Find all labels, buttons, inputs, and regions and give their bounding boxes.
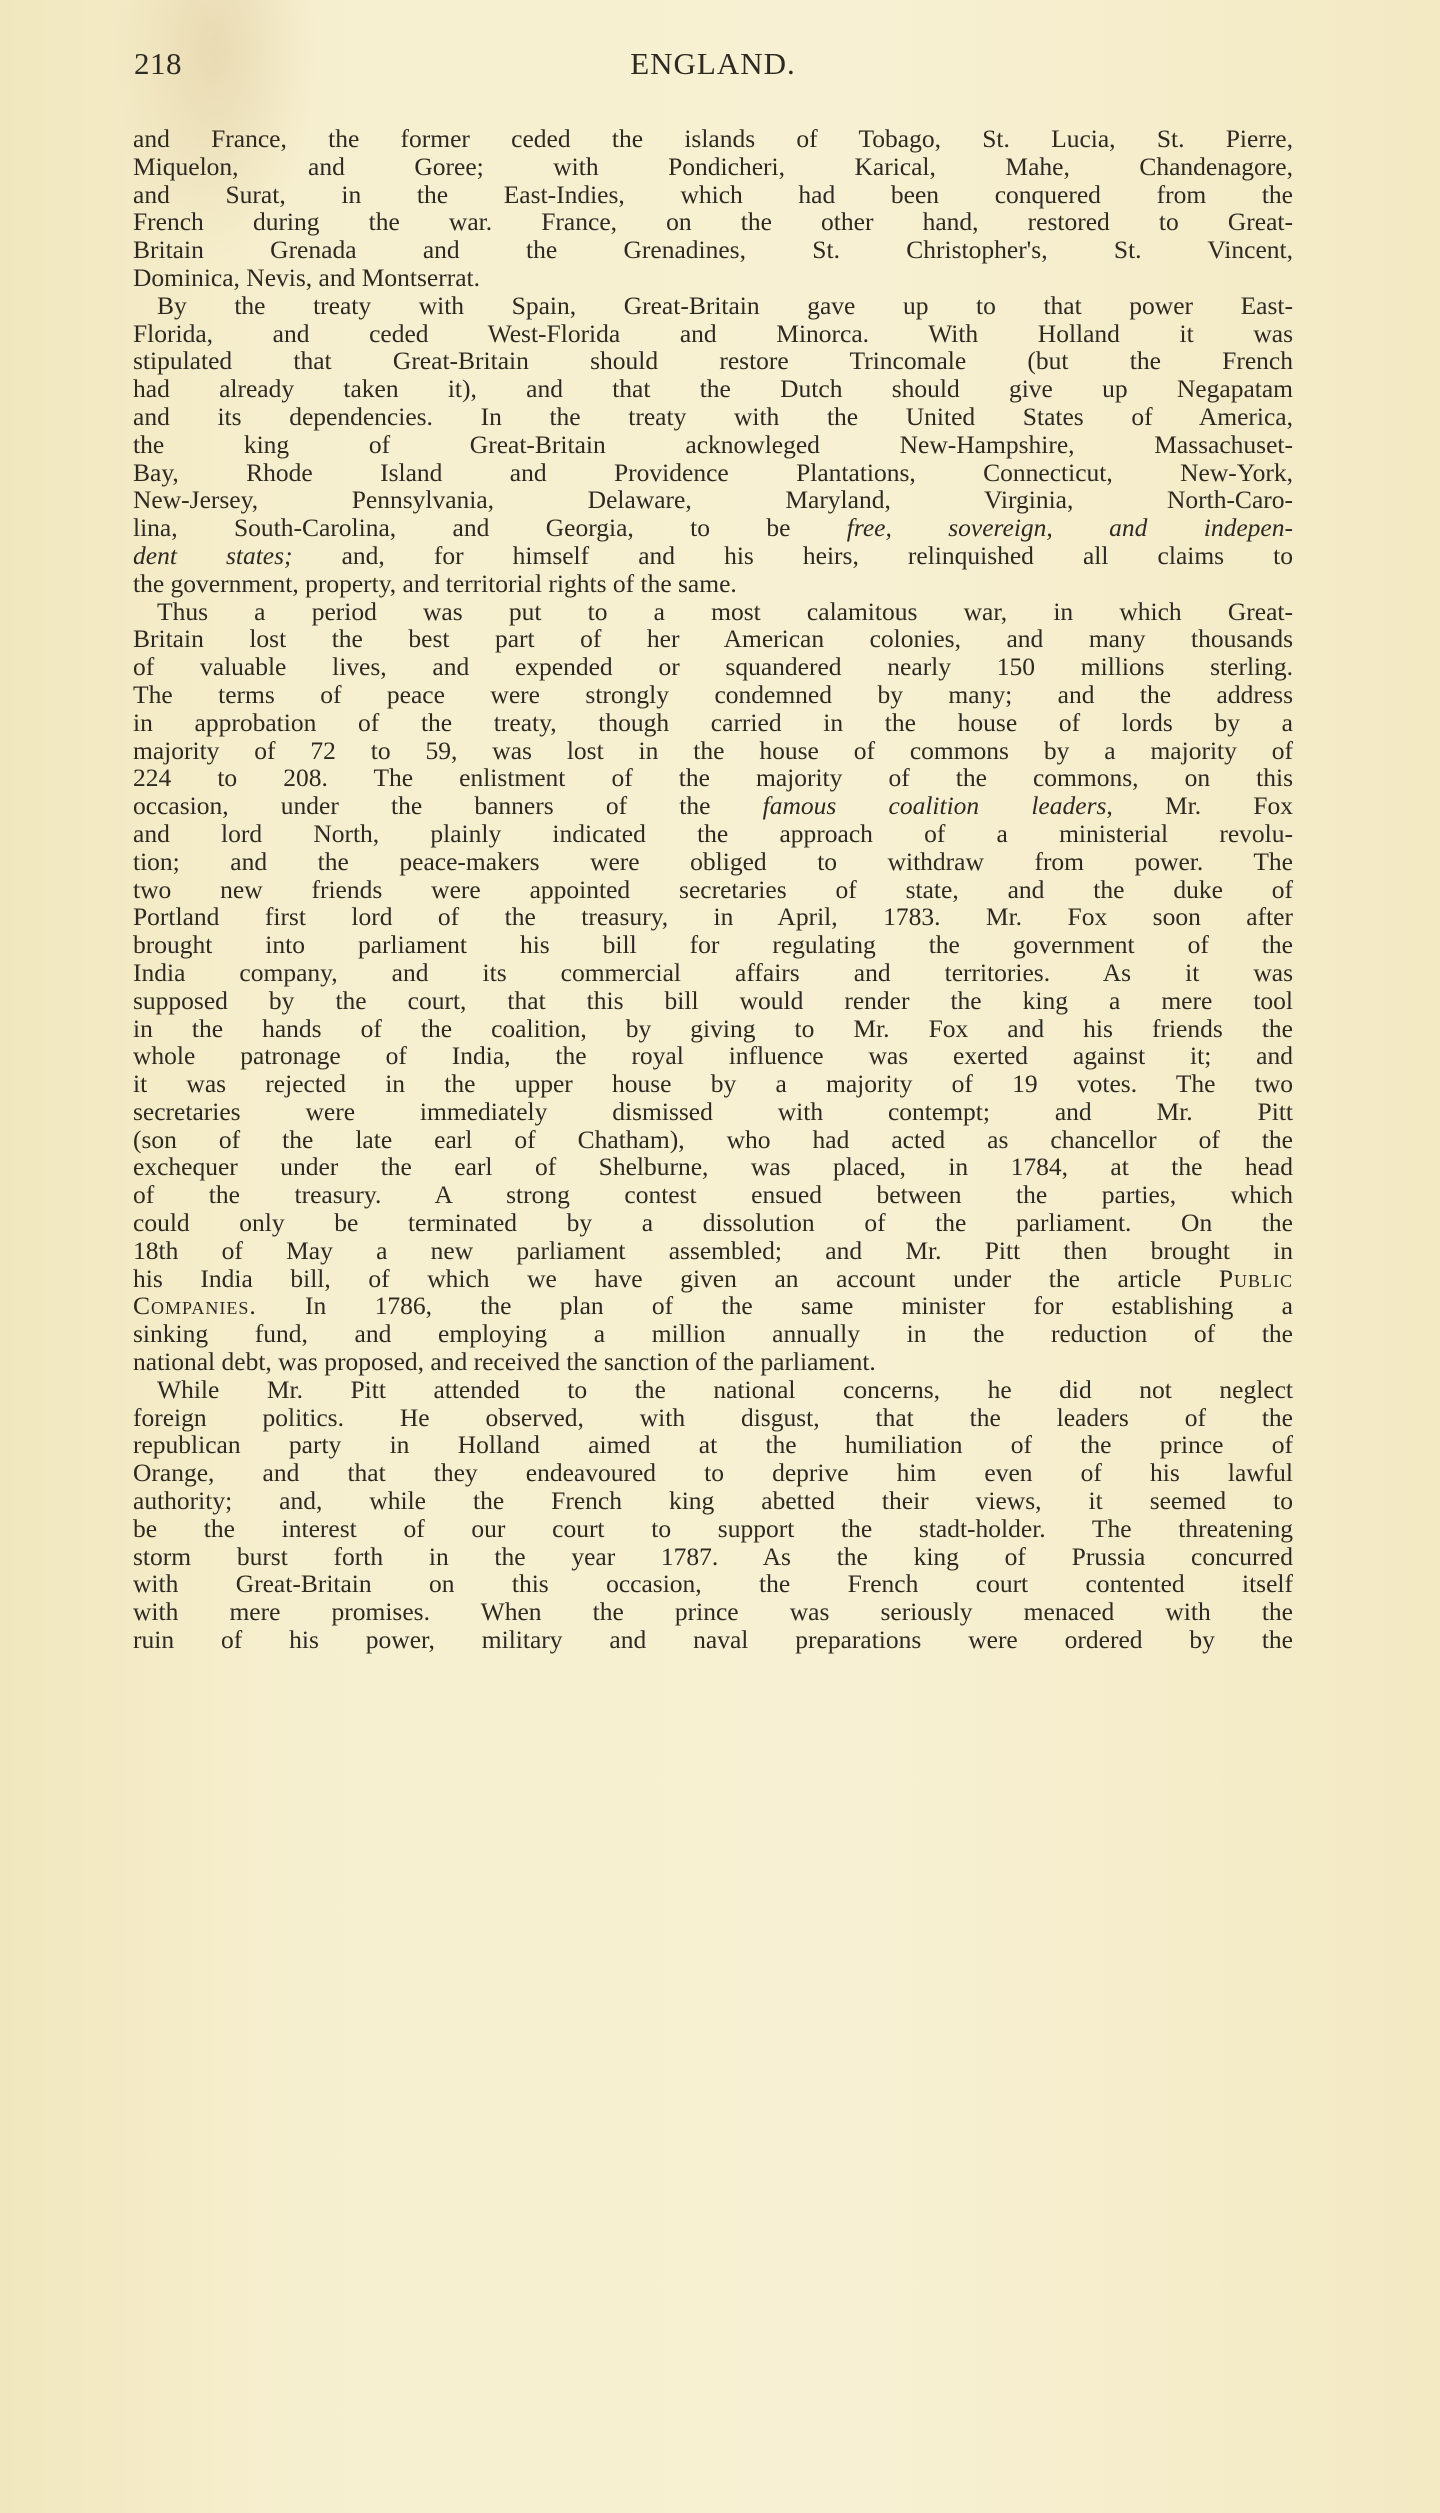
body-text: and France, the former ceded the islands… bbox=[133, 125, 1293, 1654]
text-segment: French during the war. France, on the ot… bbox=[133, 207, 1293, 236]
line-content: secretaries were immediately dismissed w… bbox=[133, 1098, 1293, 1126]
line-content: and lord North, plainly indicated the ap… bbox=[133, 820, 1293, 848]
text-segment: New-Jersey, Pennsylvania, Delaware, Mary… bbox=[133, 485, 1293, 514]
line-content: the king of Great-Britain acknowleged Ne… bbox=[133, 431, 1293, 459]
text-line: Companies. In 1786, the plan of the same… bbox=[133, 1292, 1293, 1320]
text-line: Portland first lord of the treasury, in … bbox=[133, 903, 1293, 931]
text-segment: stipulated that Great-Britain should res… bbox=[133, 346, 1293, 375]
text-segment: By the treaty with Spain, Great-Britain … bbox=[157, 291, 1293, 320]
text-line: could only be terminated by a dissolutio… bbox=[133, 1209, 1293, 1237]
text-line: his India bill, of which we have given a… bbox=[133, 1265, 1293, 1293]
line-content: stipulated that Great-Britain should res… bbox=[133, 347, 1293, 375]
line-content: The terms of peace were strongly condemn… bbox=[133, 681, 1293, 709]
text-segment: foreign politics. He observed, with disg… bbox=[133, 1403, 1293, 1432]
line-content: Bay, Rhode Island and Providence Plantat… bbox=[133, 459, 1293, 487]
text-segment: The terms of peace were strongly condemn… bbox=[133, 680, 1293, 709]
text-segment: the king of Great-Britain acknowleged Ne… bbox=[133, 430, 1293, 459]
line-content: it was rejected in the upper house by a … bbox=[133, 1070, 1293, 1098]
line-content: in approbation of the treaty, though car… bbox=[133, 709, 1293, 737]
text-segment: supposed by the court, that this bill wo… bbox=[133, 986, 1293, 1015]
text-segment: (son of the late earl of Chatham), who h… bbox=[133, 1125, 1293, 1154]
line-content: India company, and its commercial affair… bbox=[133, 959, 1293, 987]
text-line: the king of Great-Britain acknowleged Ne… bbox=[133, 431, 1293, 459]
text-line: of the treasury. A strong contest ensued… bbox=[133, 1181, 1293, 1209]
line-content: with mere promises. When the prince was … bbox=[133, 1598, 1293, 1626]
line-content: sinking fund, and employing a million an… bbox=[133, 1320, 1293, 1348]
text-segment: Portland first lord of the treasury, in … bbox=[133, 902, 1293, 931]
text-segment: and its dependencies. In the treaty with… bbox=[133, 402, 1293, 431]
line-content: Companies. In 1786, the plan of the same… bbox=[133, 1292, 1293, 1320]
text-segment: and Surat, in the East-Indies, which had… bbox=[133, 180, 1293, 209]
text-segment: be the interest of our court to support … bbox=[133, 1514, 1293, 1543]
text-line: authority; and, while the French king ab… bbox=[133, 1487, 1293, 1515]
text-segment: majority of 72 to 59, was lost in the ho… bbox=[133, 736, 1293, 765]
text-segment: While Mr. Pitt attended to the national … bbox=[157, 1375, 1293, 1404]
text-segment: of valuable lives, and expended or squan… bbox=[133, 652, 1293, 681]
italic-text: free, sovereign, and indepen- bbox=[847, 513, 1293, 542]
paragraph-first-line: While Mr. Pitt attended to the national … bbox=[133, 1376, 1293, 1404]
text-segment: with mere promises. When the prince was … bbox=[133, 1597, 1293, 1626]
line-content: Britain lost the best part of her Americ… bbox=[133, 625, 1293, 653]
text-line: and France, the former ceded the islands… bbox=[133, 125, 1293, 153]
line-content: supposed by the court, that this bill wo… bbox=[133, 987, 1293, 1015]
text-segment: Orange, and that they endeavoured to dep… bbox=[133, 1458, 1293, 1487]
line-content: occasion, under the banners of the famou… bbox=[133, 792, 1293, 820]
text-line: brought into parliament his bill for reg… bbox=[133, 931, 1293, 959]
line-content: 224 to 208. The enlistment of the majori… bbox=[133, 764, 1293, 792]
line-content: had already taken it), and that the Dutc… bbox=[133, 375, 1293, 403]
line-content: Dominica, Nevis, and Montserrat. bbox=[133, 264, 1293, 292]
text-line: supposed by the court, that this bill wo… bbox=[133, 987, 1293, 1015]
text-segment: had already taken it), and that the Dutc… bbox=[133, 374, 1293, 403]
text-segment: storm burst forth in the year 1787. As t… bbox=[133, 1542, 1293, 1571]
text-segment: sinking fund, and employing a million an… bbox=[133, 1319, 1293, 1348]
line-content: tion; and the peace-makers were obliged … bbox=[133, 848, 1293, 876]
text-segment: India company, and its commercial affair… bbox=[133, 958, 1293, 987]
text-segment: Bay, Rhode Island and Providence Plantat… bbox=[133, 458, 1293, 487]
text-line: whole patronage of India, the royal infl… bbox=[133, 1042, 1293, 1070]
text-segment: his India bill, of which we have given a… bbox=[133, 1264, 1219, 1293]
text-segment: the government, property, and territoria… bbox=[133, 569, 737, 598]
line-content: majority of 72 to 59, was lost in the ho… bbox=[133, 737, 1293, 765]
paragraph-first-line: By the treaty with Spain, Great-Britain … bbox=[133, 292, 1293, 320]
running-head: ENGLAND. bbox=[0, 44, 1426, 84]
line-content: his India bill, of which we have given a… bbox=[133, 1265, 1293, 1293]
text-line: French during the war. France, on the ot… bbox=[133, 208, 1293, 236]
text-line: republican party in Holland aimed at the… bbox=[133, 1431, 1293, 1459]
text-line: and Surat, in the East-Indies, which had… bbox=[133, 181, 1293, 209]
text-line: Dominica, Nevis, and Montserrat. bbox=[133, 264, 1293, 292]
text-line: sinking fund, and employing a million an… bbox=[133, 1320, 1293, 1348]
text-line: ruin of his power, military and naval pr… bbox=[133, 1626, 1293, 1654]
text-line: storm burst forth in the year 1787. As t… bbox=[133, 1543, 1293, 1571]
small-caps-text: Companies. bbox=[133, 1291, 257, 1320]
line-content: republican party in Holland aimed at the… bbox=[133, 1431, 1293, 1459]
italic-text: famous coalition leaders bbox=[763, 791, 1107, 820]
text-segment: two new friends were appointed secretari… bbox=[133, 875, 1293, 904]
text-segment: and, for himself and his heirs, relinqui… bbox=[293, 541, 1293, 570]
text-line: foreign politics. He observed, with disg… bbox=[133, 1404, 1293, 1432]
line-content: and France, the former ceded the islands… bbox=[133, 125, 1293, 153]
line-content: 18th of May a new parliament assembled; … bbox=[133, 1237, 1293, 1265]
text-line: of valuable lives, and expended or squan… bbox=[133, 653, 1293, 681]
text-line: exchequer under the earl of Shelburne, w… bbox=[133, 1153, 1293, 1181]
text-line: and lord North, plainly indicated the ap… bbox=[133, 820, 1293, 848]
text-segment: republican party in Holland aimed at the… bbox=[133, 1430, 1293, 1459]
line-content: and its dependencies. In the treaty with… bbox=[133, 403, 1293, 431]
text-segment: Britain lost the best part of her Americ… bbox=[133, 624, 1293, 653]
text-line: in the hands of the coalition, by giving… bbox=[133, 1015, 1293, 1043]
line-content: exchequer under the earl of Shelburne, w… bbox=[133, 1153, 1293, 1181]
text-line: it was rejected in the upper house by a … bbox=[133, 1070, 1293, 1098]
text-segment: lina, South-Carolina, and Georgia, to be bbox=[133, 513, 847, 542]
text-line: and its dependencies. In the treaty with… bbox=[133, 403, 1293, 431]
text-line: Bay, Rhode Island and Providence Plantat… bbox=[133, 459, 1293, 487]
text-line: Britain lost the best part of her Americ… bbox=[133, 625, 1293, 653]
text-segment: Miquelon, and Goree; with Pondicheri, Ka… bbox=[133, 152, 1293, 181]
text-segment: and lord North, plainly indicated the ap… bbox=[133, 819, 1293, 848]
line-content: and Surat, in the East-Indies, which had… bbox=[133, 181, 1293, 209]
text-segment: 224 to 208. The enlistment of the majori… bbox=[133, 763, 1293, 792]
text-segment: in the hands of the coalition, by giving… bbox=[133, 1014, 1293, 1043]
text-segment: , Mr. Fox bbox=[1106, 791, 1293, 820]
line-content: could only be terminated by a dissolutio… bbox=[133, 1209, 1293, 1237]
text-segment: Florida, and ceded West-Florida and Mino… bbox=[133, 319, 1293, 348]
text-line: secretaries were immediately dismissed w… bbox=[133, 1098, 1293, 1126]
line-content: Orange, and that they endeavoured to dep… bbox=[133, 1459, 1293, 1487]
line-content: storm burst forth in the year 1787. As t… bbox=[133, 1543, 1293, 1571]
line-content: Portland first lord of the treasury, in … bbox=[133, 903, 1293, 931]
line-content: Britain Grenada and the Grenadines, St. … bbox=[133, 236, 1293, 264]
line-content: ruin of his power, military and naval pr… bbox=[133, 1626, 1293, 1654]
text-line: with Great-Britain on this occasion, the… bbox=[133, 1570, 1293, 1598]
text-segment: of the treasury. A strong contest ensued… bbox=[133, 1180, 1293, 1209]
text-line: (son of the late earl of Chatham), who h… bbox=[133, 1126, 1293, 1154]
text-segment: Dominica, Nevis, and Montserrat. bbox=[133, 263, 480, 292]
line-content: Miquelon, and Goree; with Pondicheri, Ka… bbox=[133, 153, 1293, 181]
line-content: foreign politics. He observed, with disg… bbox=[133, 1404, 1293, 1432]
text-segment: Thus a period was put to a most calamito… bbox=[157, 597, 1293, 626]
line-content: dent states; and, for himself and his he… bbox=[133, 542, 1293, 570]
text-line: majority of 72 to 59, was lost in the ho… bbox=[133, 737, 1293, 765]
text-line: be the interest of our court to support … bbox=[133, 1515, 1293, 1543]
text-segment: exchequer under the earl of Shelburne, w… bbox=[133, 1152, 1293, 1181]
text-line: two new friends were appointed secretari… bbox=[133, 876, 1293, 904]
text-line: with mere promises. When the prince was … bbox=[133, 1598, 1293, 1626]
text-segment: in approbation of the treaty, though car… bbox=[133, 708, 1293, 737]
text-line: Orange, and that they endeavoured to dep… bbox=[133, 1459, 1293, 1487]
line-content: lina, South-Carolina, and Georgia, to be… bbox=[133, 514, 1293, 542]
line-content: the government, property, and territoria… bbox=[133, 570, 1293, 598]
text-line: lina, South-Carolina, and Georgia, to be… bbox=[133, 514, 1293, 542]
line-content: French during the war. France, on the ot… bbox=[133, 208, 1293, 236]
text-line: tion; and the peace-makers were obliged … bbox=[133, 848, 1293, 876]
text-segment: ruin of his power, military and naval pr… bbox=[133, 1625, 1293, 1654]
line-content: whole patronage of India, the royal infl… bbox=[133, 1042, 1293, 1070]
line-content: Florida, and ceded West-Florida and Mino… bbox=[133, 320, 1293, 348]
line-content: brought into parliament his bill for reg… bbox=[133, 931, 1293, 959]
line-content: be the interest of our court to support … bbox=[133, 1515, 1293, 1543]
text-line: Britain Grenada and the Grenadines, St. … bbox=[133, 236, 1293, 264]
text-line: Florida, and ceded West-Florida and Mino… bbox=[133, 320, 1293, 348]
line-content: (son of the late earl of Chatham), who h… bbox=[133, 1126, 1293, 1154]
text-segment: with Great-Britain on this occasion, the… bbox=[133, 1569, 1293, 1598]
text-segment: it was rejected in the upper house by a … bbox=[133, 1069, 1293, 1098]
text-line: dent states; and, for himself and his he… bbox=[133, 542, 1293, 570]
text-line: 224 to 208. The enlistment of the majori… bbox=[133, 764, 1293, 792]
text-line: Miquelon, and Goree; with Pondicheri, Ka… bbox=[133, 153, 1293, 181]
text-segment: occasion, under the banners of the bbox=[133, 791, 763, 820]
line-content: authority; and, while the French king ab… bbox=[133, 1487, 1293, 1515]
line-content: of the treasury. A strong contest ensued… bbox=[133, 1181, 1293, 1209]
text-segment: 18th of May a new parliament assembled; … bbox=[133, 1236, 1293, 1265]
text-segment: tion; and the peace-makers were obliged … bbox=[133, 847, 1293, 876]
text-segment: and France, the former ceded the islands… bbox=[133, 124, 1293, 153]
line-content: in the hands of the coalition, by giving… bbox=[133, 1015, 1293, 1043]
line-content: of valuable lives, and expended or squan… bbox=[133, 653, 1293, 681]
line-content: national debt, was proposed, and receive… bbox=[133, 1348, 1293, 1376]
text-segment: Britain Grenada and the Grenadines, St. … bbox=[133, 235, 1293, 264]
line-content: By the treaty with Spain, Great-Britain … bbox=[157, 292, 1293, 320]
text-line: The terms of peace were strongly condemn… bbox=[133, 681, 1293, 709]
text-line: stipulated that Great-Britain should res… bbox=[133, 347, 1293, 375]
text-segment: authority; and, while the French king ab… bbox=[133, 1486, 1293, 1515]
small-caps-text: Public bbox=[1219, 1264, 1293, 1293]
line-content: While Mr. Pitt attended to the national … bbox=[157, 1376, 1293, 1404]
text-segment: could only be terminated by a dissolutio… bbox=[133, 1208, 1293, 1237]
line-content: two new friends were appointed secretari… bbox=[133, 876, 1293, 904]
text-line: 18th of May a new parliament assembled; … bbox=[133, 1237, 1293, 1265]
text-segment: national debt, was proposed, and receive… bbox=[133, 1347, 876, 1376]
text-line: had already taken it), and that the Dutc… bbox=[133, 375, 1293, 403]
text-line: in approbation of the treaty, though car… bbox=[133, 709, 1293, 737]
text-segment: secretaries were immediately dismissed w… bbox=[133, 1097, 1293, 1126]
text-segment: In 1786, the plan of the same minister f… bbox=[257, 1291, 1293, 1320]
line-content: New-Jersey, Pennsylvania, Delaware, Mary… bbox=[133, 486, 1293, 514]
paragraph-first-line: Thus a period was put to a most calamito… bbox=[133, 598, 1293, 626]
line-content: Thus a period was put to a most calamito… bbox=[157, 598, 1293, 626]
text-line: occasion, under the banners of the famou… bbox=[133, 792, 1293, 820]
text-segment: brought into parliament his bill for reg… bbox=[133, 930, 1293, 959]
text-line: New-Jersey, Pennsylvania, Delaware, Mary… bbox=[133, 486, 1293, 514]
italic-text: dent states; bbox=[133, 541, 293, 570]
text-segment: whole patronage of India, the royal infl… bbox=[133, 1041, 1293, 1070]
text-line: national debt, was proposed, and receive… bbox=[133, 1348, 1293, 1376]
line-content: with Great-Britain on this occasion, the… bbox=[133, 1570, 1293, 1598]
text-line: India company, and its commercial affair… bbox=[133, 959, 1293, 987]
text-line: the government, property, and territoria… bbox=[133, 570, 1293, 598]
